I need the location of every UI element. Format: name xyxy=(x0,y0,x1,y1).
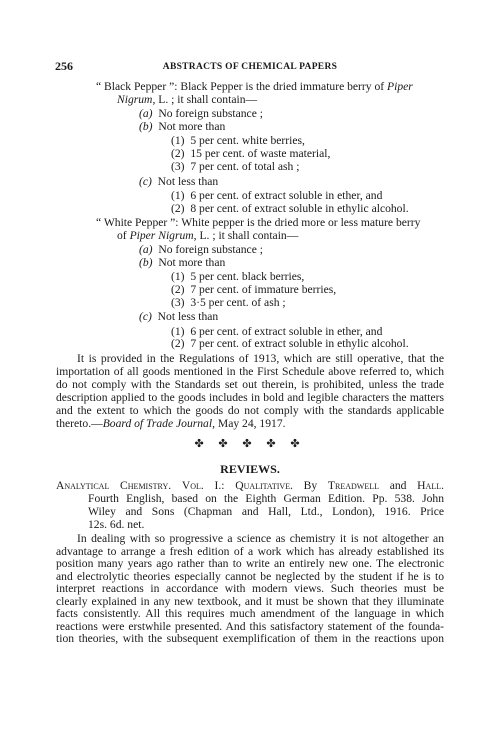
sub-label: (2) xyxy=(171,337,185,350)
running-header: ABSTRACTS OF CHEMICAL PAPERS xyxy=(0,61,500,74)
sub-text: 6 per cent. of extract soluble in ether,… xyxy=(190,189,382,202)
wp-item-b1: (1) 5 per cent. black berries, xyxy=(171,271,304,284)
regulations-line: importation of all goods mentioned in th… xyxy=(56,366,444,379)
sub-text: 5 per cent. white berries, xyxy=(190,134,305,147)
sub-text: 7 per cent. of total ash ; xyxy=(190,160,299,173)
sub-label: (2) xyxy=(171,202,185,215)
bp-item-b3: (3) 7 per cent. of total ash ; xyxy=(171,161,299,174)
journal-name: Board of Trade Journal xyxy=(103,417,212,430)
white-pepper-intro-line1: “ White Pepper ”: White pepper is the dr… xyxy=(96,217,420,230)
black-pepper-intro-line2: Nigrum, L. ; it shall contain— xyxy=(117,94,257,107)
review-price: 12s. 6d. net. xyxy=(88,519,144,532)
regulations-line: It is provided in the Regulations of 191… xyxy=(77,353,444,366)
regulations-citation: thereto.—Board of Trade Journal, May 24,… xyxy=(56,418,286,431)
bp-item-c: (c) Not less than xyxy=(139,176,218,189)
sub-text: 8 per cent. of extract soluble in ethyli… xyxy=(190,202,408,215)
text: “ Black Pepper ”: Black Pepper is the dr… xyxy=(96,80,387,93)
book-subtitle: Qualitative. xyxy=(235,479,293,492)
wp-item-b2: (2) 7 per cent. of immature berries, xyxy=(171,284,336,297)
species-name: Piper Nigrum xyxy=(130,229,194,242)
regulations-line: description applied to the goods include… xyxy=(56,392,444,405)
item-text: Not less than xyxy=(158,310,219,323)
species-name: Piper xyxy=(387,80,413,93)
wp-item-b: (b) Not more than xyxy=(139,257,225,270)
item-text: No foreign substance ; xyxy=(158,243,263,256)
bp-item-c2: (2) 8 per cent. of extract soluble in et… xyxy=(171,203,409,216)
text: , L. ; it shall contain— xyxy=(194,229,299,242)
text: thereto.— xyxy=(56,417,103,430)
item-text: Not more than xyxy=(158,256,225,269)
wp-item-c2: (2) 7 per cent. of extract soluble in et… xyxy=(171,338,409,351)
item-label: (c) xyxy=(139,310,152,323)
item-text: No foreign substance ; xyxy=(158,107,263,120)
review-citation-line2: Fourth English, based on the Eighth Germ… xyxy=(88,493,444,506)
review-body-line: position many years ago rather than to w… xyxy=(56,558,444,571)
author: Treadwell xyxy=(328,479,379,492)
sub-text: 3·5 per cent. of ash ; xyxy=(190,296,285,309)
item-text: Not less than xyxy=(158,175,219,188)
regulations-line: do not comply with the Standards set out… xyxy=(56,379,444,392)
review-citation-line1: Analytical Chemistry. Vol. I.: Qualitati… xyxy=(56,480,444,493)
text: , May 24, 1917. xyxy=(212,417,285,430)
section-ornament-icon: ✤ ✤ ✤ ✤ ✤ xyxy=(0,438,500,451)
bp-item-b: (b) Not more than xyxy=(139,121,225,134)
sub-label: (3) xyxy=(171,296,185,309)
bp-item-b2: (2) 15 per cent. of waste material, xyxy=(171,148,330,161)
review-body-line: interpret reactions in accordance with m… xyxy=(56,583,444,596)
wp-item-c: (c) Not less than xyxy=(139,311,218,324)
item-label: (a) xyxy=(139,107,153,120)
sub-text: 15 per cent. of waste material, xyxy=(190,147,330,160)
sub-text: 7 per cent. of immature berries, xyxy=(190,283,336,296)
text: of xyxy=(117,229,130,242)
item-text: Not more than xyxy=(158,120,225,133)
journal-page: 256 ABSTRACTS OF CHEMICAL PAPERS “ Black… xyxy=(0,0,500,731)
item-label: (c) xyxy=(139,175,152,188)
volume: Vol. I.: xyxy=(182,479,225,492)
review-body-line: facts consistently. All this requires mu… xyxy=(56,608,444,621)
regulations-line: and the extent to which the goods do not… xyxy=(56,405,444,418)
bp-item-b1: (1) 5 per cent. white berries, xyxy=(171,135,305,148)
sub-label: (2) xyxy=(171,283,185,296)
bp-item-c1: (1) 6 per cent. of extract soluble in et… xyxy=(171,190,382,203)
sub-label: (1) xyxy=(171,134,185,147)
item-label: (b) xyxy=(139,256,153,269)
sub-text: 5 per cent. black berries, xyxy=(190,270,304,283)
sub-label: (2) xyxy=(171,147,185,160)
sub-label: (1) xyxy=(171,270,185,283)
sub-label: (3) xyxy=(171,160,185,173)
and-text: and xyxy=(390,479,407,492)
black-pepper-intro-line1: “ Black Pepper ”: Black Pepper is the dr… xyxy=(96,81,413,94)
author: Hall. xyxy=(417,479,444,492)
text: , L. ; it shall contain— xyxy=(152,93,257,106)
sub-text: 7 per cent. of extract soluble in ethyli… xyxy=(190,337,408,350)
review-body-line: In dealing with so progressive a science… xyxy=(77,533,444,546)
wp-item-b3: (3) 3·5 per cent. of ash ; xyxy=(171,297,286,310)
species-name: Nigrum xyxy=(117,93,152,106)
review-citation-line3: Wiley and Sons (Chapman and Hall, Ltd., … xyxy=(88,506,444,519)
book-title: Analytical Chemistry. xyxy=(56,479,171,492)
review-body-line: tion theories, with the subsequent exemp… xyxy=(56,633,444,646)
wp-item-a: (a) No foreign substance ; xyxy=(139,244,263,257)
sub-label: (1) xyxy=(171,189,185,202)
bp-item-a: (a) No foreign substance ; xyxy=(139,108,263,121)
item-label: (b) xyxy=(139,120,153,133)
item-label: (a) xyxy=(139,243,153,256)
by-text: By xyxy=(304,479,318,492)
reviews-heading: REVIEWS. xyxy=(0,463,500,476)
white-pepper-intro-line2: of Piper Nigrum, L. ; it shall contain— xyxy=(117,230,298,243)
